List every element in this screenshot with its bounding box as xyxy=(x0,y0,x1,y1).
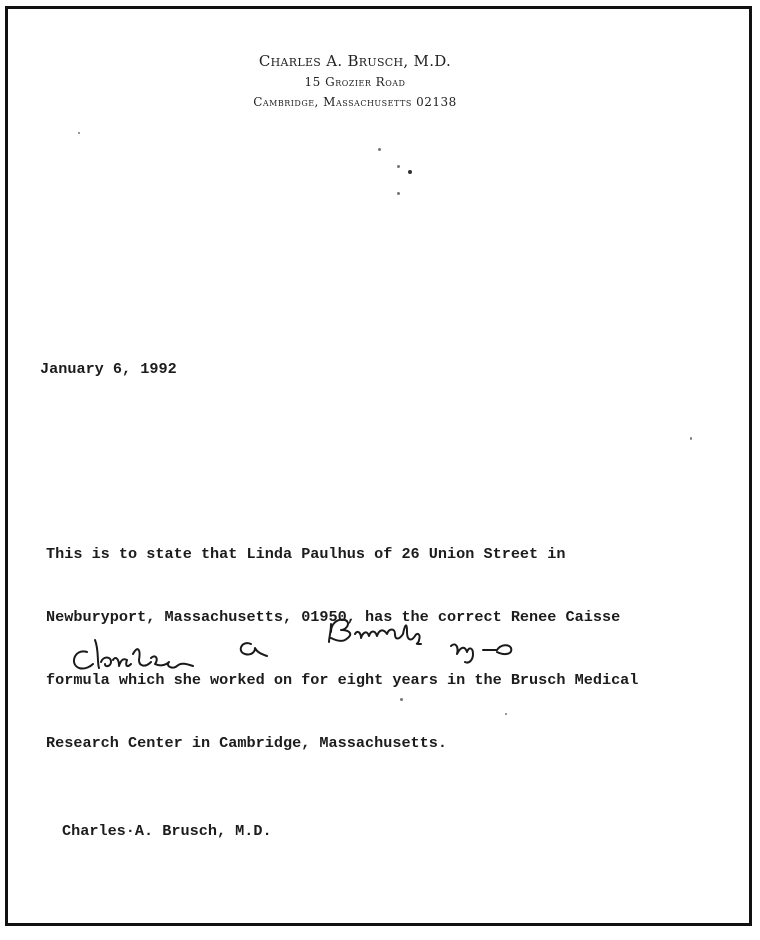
letter-date: January 6, 1992 xyxy=(40,360,177,378)
paper-speck xyxy=(397,192,400,195)
paper-speck xyxy=(408,170,412,174)
document-frame xyxy=(5,6,752,926)
paper-speck xyxy=(397,165,400,168)
letterhead-city: Cambridge, Massachusetts 02138 xyxy=(200,92,510,112)
typed-signature: Charles·A. Brusch, M.D. xyxy=(62,822,272,840)
body-line: Research Center in Cambridge, Massachuse… xyxy=(46,733,638,754)
paper-speck xyxy=(690,437,692,440)
handwritten-signature: Charles A Brusch MD xyxy=(65,610,585,690)
paper-speck xyxy=(78,132,80,134)
paper-speck xyxy=(378,148,381,151)
letterhead-street: 15 Grozier Road xyxy=(200,72,510,92)
body-line: This is to state that Linda Paulhus of 2… xyxy=(46,544,638,565)
letterhead: Charles A. Brusch, M.D. 15 Grozier Road … xyxy=(200,50,510,112)
letterhead-name: Charles A. Brusch, M.D. xyxy=(200,50,510,72)
